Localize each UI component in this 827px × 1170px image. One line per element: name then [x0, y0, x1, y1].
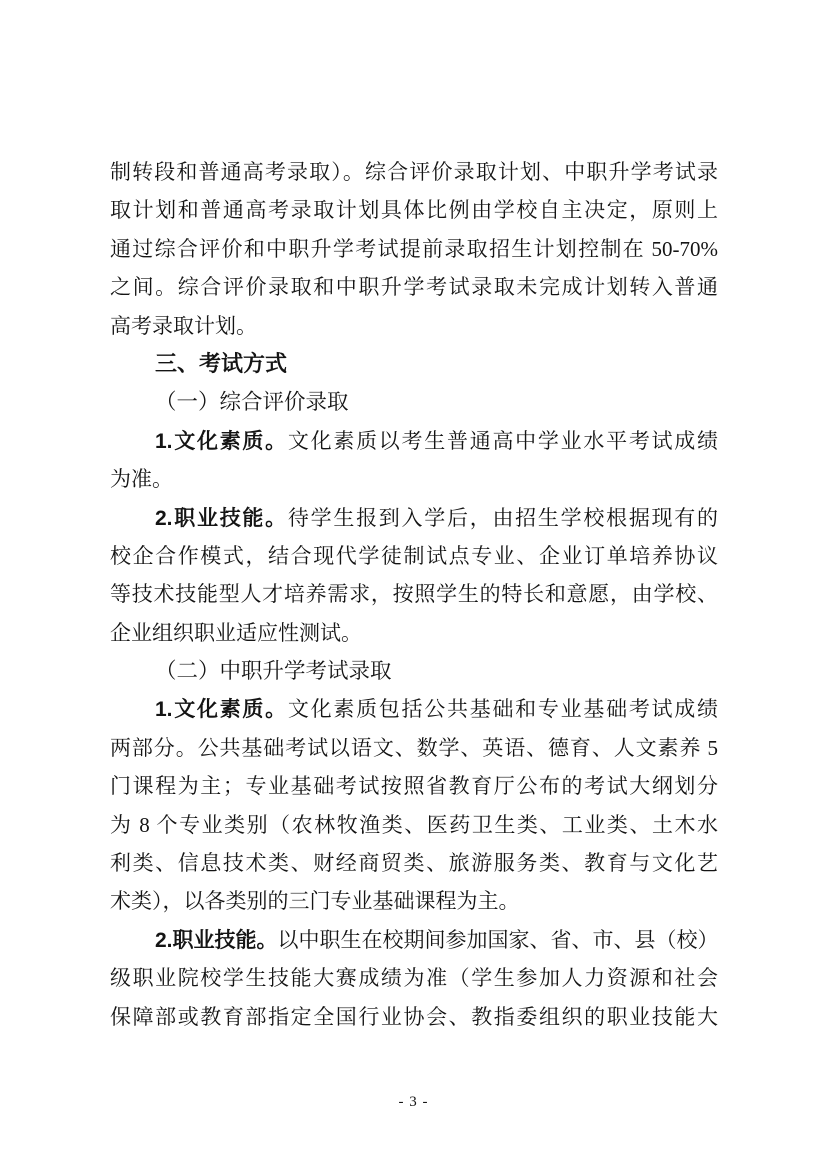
text-line: 高考录取计划。: [110, 307, 718, 345]
text-run: 文化素质包括公共基础和专业基础考试成绩: [288, 697, 718, 721]
text-line: 1.文化素质。文化素质包括公共基础和专业基础考试成绩: [110, 690, 718, 728]
text-run: 级职业院校学生技能大赛成绩为准（学生参加人力资源和社会: [110, 966, 718, 990]
text-run: 术类），以各类别的三门专业基础课程为主。: [110, 889, 520, 913]
text-run: 等技术技能型人才培养需求，按照学生的特长和意愿，由学校、: [110, 582, 718, 606]
bold-lead-run: 三、考试方式: [155, 351, 287, 376]
text-run: （一）综合评价录取: [155, 390, 349, 414]
text-line: 为准。: [110, 460, 718, 498]
text-line: 级职业院校学生技能大赛成绩为准（学生参加人力资源和社会: [110, 959, 718, 997]
text-line: 1.文化素质。文化素质以考生普通高中学业水平考试成绩: [110, 422, 718, 460]
document-text: 制转段和普通高考录取）。综合评价录取计划、中职升学考试录取计划和普通高考录取计划…: [110, 153, 718, 1036]
document-page: 制转段和普通高考录取）。综合评价录取计划、中职升学考试录取计划和普通高考录取计划…: [0, 0, 827, 1170]
bold-lead-run: 2.职业技能。: [155, 929, 278, 952]
text-line: 保障部或教育部指定全国行业协会、教指委组织的职业技能大: [110, 998, 718, 1036]
text-line: （二）中职升学考试录取: [110, 652, 718, 690]
bold-lead-run: 2.职业技能。: [155, 507, 288, 530]
text-line: 三、考试方式: [110, 345, 718, 383]
text-run: 制转段和普通高考录取）。综合评价录取计划、中职升学考试录: [110, 160, 718, 184]
text-line: 取计划和普通高考录取计划具体比例由学校自主决定，原则上: [110, 191, 718, 229]
bold-lead-run: 1.文化素质。: [155, 698, 288, 721]
text-line: 企业组织职业适应性测试。: [110, 614, 718, 652]
text-run: 为准。: [110, 467, 173, 491]
text-line: 2.职业技能。以中职生在校期间参加国家、省、市、县（校）: [110, 921, 718, 959]
text-line: 利类、信息技术类、财经商贸类、旅游服务类、教育与文化艺: [110, 844, 718, 882]
text-run: 利类、信息技术类、财经商贸类、旅游服务类、教育与文化艺: [110, 851, 718, 875]
bold-lead-run: 1.文化素质。: [155, 430, 288, 453]
text-line: 校企合作模式，结合现代学徒制试点专业、企业订单培养协议: [110, 537, 718, 575]
text-line: 术类），以各类别的三门专业基础课程为主。: [110, 882, 718, 920]
text-line: 2.职业技能。待学生报到入学后，由招生学校根据现有的: [110, 499, 718, 537]
text-run: 待学生报到入学后，由招生学校根据现有的: [288, 506, 718, 530]
text-run: 取计划和普通高考录取计划具体比例由学校自主决定，原则上: [110, 198, 718, 222]
text-line: 制转段和普通高考录取）。综合评价录取计划、中职升学考试录: [110, 153, 718, 191]
text-run: 门课程为主；专业基础考试按照省教育厅公布的考试大纲划分: [110, 774, 718, 798]
text-run: 文化素质以考生普通高中学业水平考试成绩: [288, 429, 718, 453]
text-line: 两部分。公共基础考试以语文、数学、英语、德育、人文素养 5: [110, 729, 718, 767]
text-run: 以中职生在校期间参加国家、省、市、县（校）: [278, 928, 719, 952]
text-run: 之间。综合评价录取和中职升学考试录取未完成计划转入普通: [110, 275, 718, 299]
text-line: 门课程为主；专业基础考试按照省教育厅公布的考试大纲划分: [110, 767, 718, 805]
page-number: - 3 -: [0, 1094, 827, 1111]
text-line: 之间。综合评价录取和中职升学考试录取未完成计划转入普通: [110, 268, 718, 306]
text-run: 两部分。公共基础考试以语文、数学、英语、德育、人文素养 5: [110, 736, 718, 760]
text-run: 高考录取计划。: [110, 314, 257, 338]
text-run: 为 8 个专业类别（农林牧渔类、医药卫生类、工业类、土木水: [110, 813, 718, 837]
text-run: 校企合作模式，结合现代学徒制试点专业、企业订单培养协议: [110, 544, 718, 568]
text-run: 通过综合评价和中职升学考试提前录取招生计划控制在 50-70%: [110, 237, 718, 261]
text-run: 保障部或教育部指定全国行业协会、教指委组织的职业技能大: [110, 1005, 718, 1029]
text-run: 企业组织职业适应性测试。: [110, 621, 362, 645]
text-line: 等技术技能型人才培养需求，按照学生的特长和意愿，由学校、: [110, 575, 718, 613]
text-line: 为 8 个专业类别（农林牧渔类、医药卫生类、工业类、土木水: [110, 806, 718, 844]
text-line: （一）综合评价录取: [110, 383, 718, 421]
text-line: 通过综合评价和中职升学考试提前录取招生计划控制在 50-70%: [110, 230, 718, 268]
text-run: （二）中职升学考试录取: [155, 659, 392, 683]
